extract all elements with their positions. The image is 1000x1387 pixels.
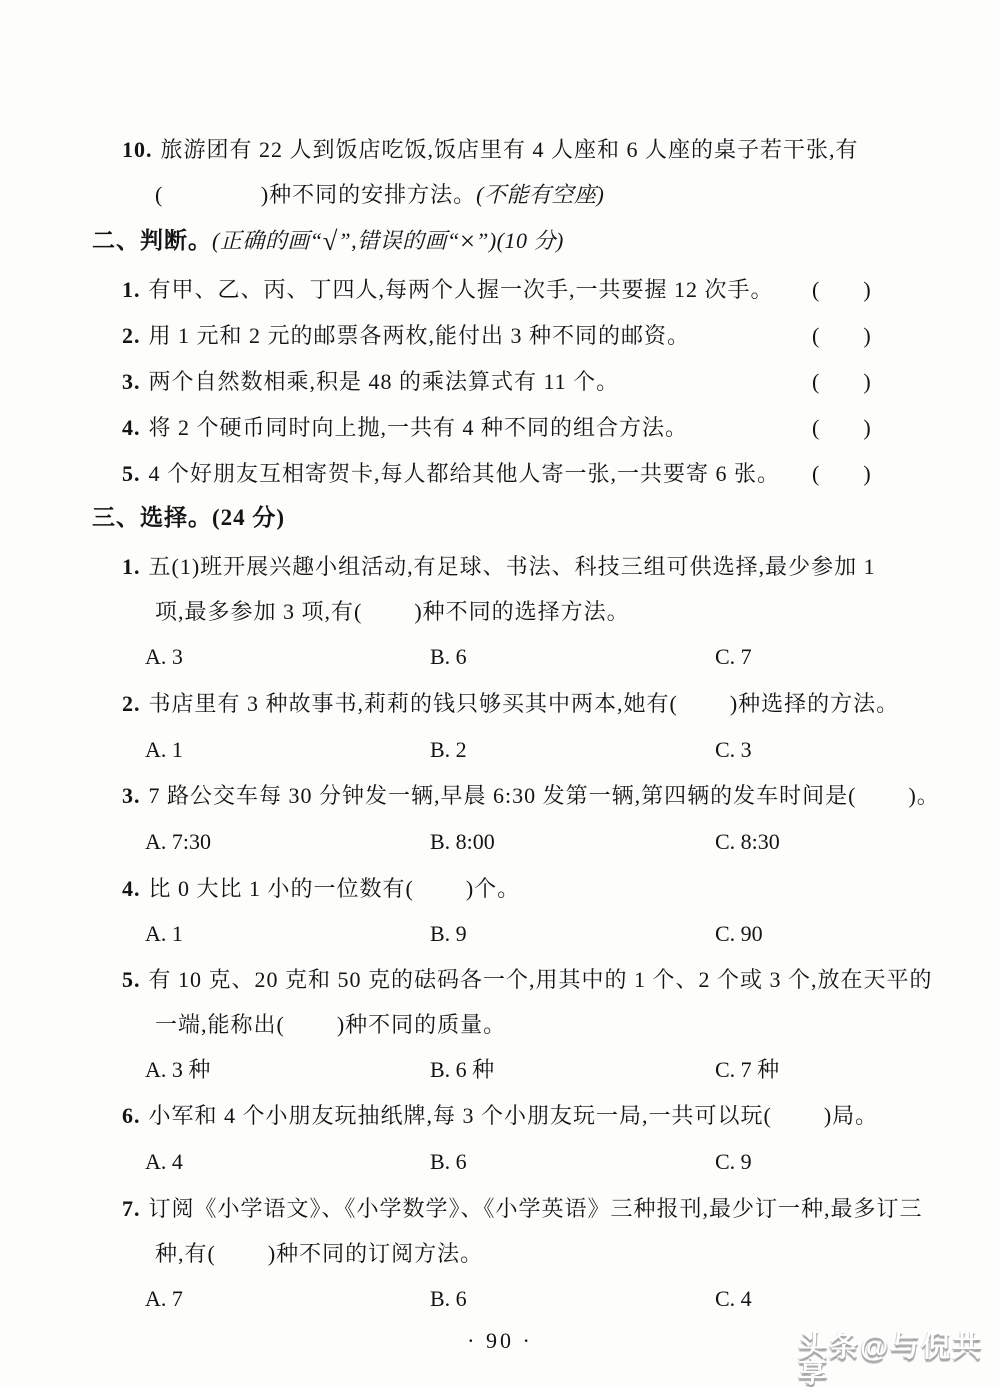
option-a: A. 1 (145, 921, 183, 947)
option-b: B. 9 (430, 921, 467, 947)
question-number: 6. (122, 1103, 141, 1128)
section-note: ”)(10 分) (476, 228, 564, 253)
question-number: 4. (122, 876, 141, 901)
section-judge-header: 二、判断。(正确的画“√”,错误的画“×”)(10 分) (92, 228, 564, 254)
section-choice-header: 三、选择。(24 分) (92, 505, 285, 531)
option-b: B. 6 种 (430, 1057, 494, 1083)
question-number: 3. (122, 369, 141, 394)
option-c: C. 90 (715, 921, 763, 947)
option-c: C. 7 (715, 644, 752, 670)
choice-item-5-line-2: 一端,能称出( )种不同的质量。 (155, 1012, 506, 1038)
option-a: A. 3 种 (145, 1057, 210, 1083)
question-text: 一端,能称出( )种不同的质量。 (155, 1012, 506, 1037)
judge-item-1: 1.有甲、乙、丙、丁四人,每两个人握一次手,一共要握 12 次手。 (122, 277, 774, 303)
question-text: 有 10 克、20 克和 50 克的砝码各一个,用其中的 1 个、2 个或 3 … (149, 967, 933, 992)
question-text: 有甲、乙、丙、丁四人,每两个人握一次手,一共要握 12 次手。 (149, 277, 774, 302)
judge-answer-bracket: ( ) (812, 369, 871, 395)
question-text: 将 2 个硬币同时向上抛,一共有 4 种不同的组合方法。 (149, 415, 689, 440)
judge-answer-bracket: ( ) (812, 461, 871, 487)
section-title: 三、选择。(24 分) (92, 505, 285, 530)
choice-item-6-line-1: 6.小军和 4 个小朋友玩抽纸牌,每 3 个小朋友玩一局,一共可以玩( )局。 (122, 1103, 878, 1129)
option-b: B. 6 (430, 1286, 467, 1312)
question-number: 4. (122, 415, 141, 440)
question-text: 书店里有 3 种故事书,莉莉的钱只够买其中两本,她有( )种选择的方法。 (149, 691, 900, 716)
question-10-line-2: ( )种不同的安排方法。(不能有空座) (155, 182, 604, 208)
option-c: C. 9 (715, 1149, 752, 1175)
answer-blank: ( ) (155, 182, 269, 207)
choice-item-7-line-1: 7.订阅《小学语文》、《小学数学》、《小学英语》三种报刊,最少订一种,最多订三 (122, 1196, 923, 1222)
question-text: 旅游团有 22 人到饭店吃饭,饭店里有 4 人座和 6 人座的桌子若干张,有 (161, 137, 859, 162)
cross-mark: × (460, 226, 476, 256)
question-number: 5. (122, 967, 141, 992)
option-b: B. 8:00 (430, 829, 495, 855)
question-text: 订阅《小学语文》、《小学数学》、《小学英语》三种报刊,最少订一种,最多订三 (149, 1196, 923, 1221)
question-number: 3. (122, 783, 141, 808)
question-number: 1. (122, 554, 141, 579)
question-text: 比 0 大比 1 小的一位数有( )个。 (149, 876, 521, 901)
choice-item-7-line-2: 种,有( )种不同的订阅方法。 (155, 1241, 483, 1267)
question-text: 4 个好朋友互相寄贺卡,每人都给其他人寄一张,一共要寄 6 张。 (149, 461, 781, 486)
question-number: 1. (122, 277, 141, 302)
judge-answer-bracket: ( ) (812, 277, 871, 303)
section-note: (正确的画“ (212, 228, 323, 253)
choice-item-5-line-1: 5.有 10 克、20 克和 50 克的砝码各一个,用其中的 1 个、2 个或 … (122, 967, 933, 993)
question-text: 小军和 4 个小朋友玩抽纸牌,每 3 个小朋友玩一局,一共可以玩( )局。 (149, 1103, 879, 1128)
section-note: ”,错误的画“ (338, 228, 459, 253)
option-b: B. 2 (430, 737, 467, 763)
judge-item-4: 4.将 2 个硬币同时向上抛,一共有 4 种不同的组合方法。 (122, 415, 688, 441)
question-text: 种,有( )种不同的订阅方法。 (155, 1241, 483, 1266)
question-text: 用 1 元和 2 元的邮票各两枚,能付出 3 种不同的邮资。 (149, 323, 691, 348)
question-number: 7. (122, 1196, 141, 1221)
question-text: 五(1)班开展兴趣小组活动,有足球、书法、科技三组可供选择,最少参加 1 (149, 554, 876, 579)
question-text: 种不同的安排方法。 (269, 182, 476, 207)
choice-item-1-line-2: 项,最多参加 3 项,有( )种不同的选择方法。 (155, 599, 630, 625)
judge-item-2: 2.用 1 元和 2 元的邮票各两枚,能付出 3 种不同的邮资。 (122, 323, 690, 349)
judge-answer-bracket: ( ) (812, 323, 871, 349)
judge-item-5: 5.4 个好朋友互相寄贺卡,每人都给其他人寄一张,一共要寄 6 张。 (122, 461, 780, 487)
watermark: 头条@与倪共享 (798, 1334, 1000, 1386)
option-c: C. 8:30 (715, 829, 780, 855)
question-text: 两个自然数相乘,积是 48 的乘法算式有 11 个。 (149, 369, 620, 394)
section-title: 二、判断。 (92, 228, 212, 253)
check-mark: √ (323, 226, 339, 256)
choice-item-2-line-1: 2.书店里有 3 种故事书,莉莉的钱只够买其中两本,她有( )种选择的方法。 (122, 691, 899, 717)
option-a: A. 7 (145, 1286, 183, 1312)
question-note: (不能有空座) (476, 182, 604, 207)
option-b: B. 6 (430, 644, 467, 670)
judge-answer-bracket: ( ) (812, 415, 871, 441)
option-c: C. 3 (715, 737, 752, 763)
question-number: 5. (122, 461, 141, 486)
choice-item-3-line-1: 3.7 路公交车每 30 分钟发一辆,早晨 6:30 发第一辆,第四辆的发车时间… (122, 783, 940, 809)
option-a: A. 7:30 (145, 829, 211, 855)
question-10-line-1: 10.旅游团有 22 人到饭店吃饭,饭店里有 4 人座和 6 人座的桌子若干张,… (122, 137, 859, 163)
judge-item-3: 3.两个自然数相乘,积是 48 的乘法算式有 11 个。 (122, 369, 619, 395)
question-number: 2. (122, 691, 141, 716)
option-c: C. 7 种 (715, 1057, 779, 1083)
worksheet-page: 10.旅游团有 22 人到饭店吃饭,饭店里有 4 人座和 6 人座的桌子若干张,… (0, 0, 1000, 1387)
choice-item-4-line-1: 4.比 0 大比 1 小的一位数有( )个。 (122, 876, 520, 902)
option-a: A. 3 (145, 644, 183, 670)
question-number: 2. (122, 323, 141, 348)
choice-item-1-line-1: 1.五(1)班开展兴趣小组活动,有足球、书法、科技三组可供选择,最少参加 1 (122, 554, 876, 580)
question-text: 项,最多参加 3 项,有( )种不同的选择方法。 (155, 599, 630, 624)
option-c: C. 4 (715, 1286, 752, 1312)
question-number: 10. (122, 137, 153, 162)
option-a: A. 1 (145, 737, 183, 763)
option-a: A. 4 (145, 1149, 183, 1175)
option-b: B. 6 (430, 1149, 467, 1175)
question-text: 7 路公交车每 30 分钟发一辆,早晨 6:30 发第一辆,第四辆的发车时间是(… (149, 783, 940, 808)
